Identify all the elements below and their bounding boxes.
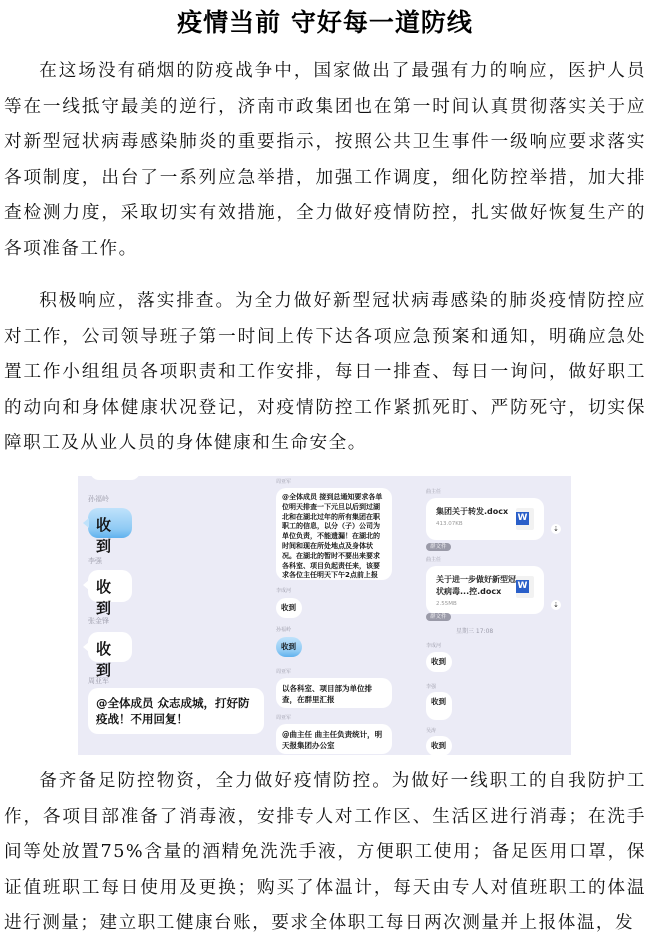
sender-name: 吴涛: [426, 727, 436, 734]
chat-bubble-text: 收到: [431, 697, 446, 706]
chat-bubble: @全体成员 众志成城，打好防疫战！不用回复！: [88, 688, 264, 734]
chat-column-right: 曲主任 集团关于转发.docx 413.07KB W ⇣ 群文件 曲主任 关于进…: [396, 476, 571, 755]
bubble-tail: [83, 580, 89, 590]
chat-screenshot-image: 孙福岭 收到 李强 收到 张金锋 收到 周亚军 @全体成员 众志成城，打好防疫战…: [78, 476, 571, 755]
sender-name: 李成河: [426, 642, 441, 649]
sender-name: 孙福岭: [88, 494, 109, 504]
chat-bubble: @曲主任 曲主任负责统计，明天报集团办公室: [276, 724, 392, 754]
chat-bubble-partial: [90, 476, 140, 480]
file-name: 集团关于转发.docx: [436, 506, 516, 518]
bubble-tail: [83, 518, 89, 528]
chat-bubble-text: 收到: [431, 657, 446, 666]
bubble-tail: [83, 642, 89, 652]
chat-bubble-text: @全体成员 接到总通知要求各单位明天排查一下元旦以后到过湖北和在湖北过年的所有集…: [282, 493, 382, 579]
sender-name: 李强: [88, 556, 102, 566]
sender-name: 李成河: [276, 587, 291, 594]
document-title: 疫情当前 守好每一道防线: [0, 6, 650, 40]
chat-bubble-text: @曲主任 曲主任负责统计，明天报集团办公室: [282, 730, 382, 750]
chat-timestamp: 星期三 17:08: [456, 626, 493, 635]
chat-bubble: 收到: [426, 692, 452, 720]
chat-bubble: 以各科室、项目部为单位排查，在群里汇报: [276, 678, 392, 708]
chat-bubble-text: 以各科室、项目部为单位排查，在群里汇报: [282, 684, 372, 704]
sender-name: 孙福岭: [276, 626, 291, 633]
sender-name: 曲主任: [426, 556, 441, 563]
paragraph-intro: 在这场没有硝烟的防疫战争中，国家做出了最强有力的响应，医护人员等在一线抵守最美的…: [4, 54, 646, 267]
chat-bubble-text: 收到: [96, 516, 111, 555]
sender-name: 李强: [426, 683, 436, 690]
chat-column-middle: 周亚军 @全体成员 接到总通知要求各单位明天排查一下元旦以后到过湖北和在湖北过年…: [266, 476, 396, 755]
chat-bubble: 收到: [276, 637, 302, 657]
word-icon: W: [516, 576, 534, 598]
file-card[interactable]: 关于进一步做好新型冠状病毒...控.docx 2.55MB W: [426, 566, 544, 614]
chat-bubble-text: 收到: [96, 640, 111, 679]
download-icon[interactable]: ⇣: [551, 524, 561, 534]
word-icon: W: [516, 508, 534, 530]
chat-column-left: 孙福岭 收到 李强 收到 张金锋 收到 周亚军 @全体成员 众志成城，打好防疫战…: [78, 476, 266, 755]
sender-name: 张金锋: [88, 616, 109, 626]
paragraph-response: 积极响应，落实排查。为全力做好新型冠状病毒感染的肺炎疫情防控应对工作，公司领导班…: [4, 284, 646, 462]
chat-bubble: 收到: [88, 570, 132, 602]
chat-bubble: 收到: [276, 598, 302, 618]
sender-name: 周亚军: [88, 676, 109, 686]
chat-bubble-text: @全体成员 众志成城，打好防疫战！不用回复！: [96, 696, 250, 726]
file-name: 关于进一步做好新型冠状病毒...控.docx: [436, 574, 516, 598]
file-badge: 群文件: [426, 543, 451, 551]
chat-bubble: 收到: [88, 632, 132, 662]
chat-bubble-text: 收到: [281, 603, 296, 612]
sender-name: 周亚军: [276, 714, 291, 721]
chat-bubble-text: 收到: [96, 578, 111, 617]
sender-name: 周亚军: [276, 668, 291, 675]
file-size: 2.55MB: [436, 601, 534, 607]
paragraph-supplies: 备齐备足防控物资，全力做好疫情防控。为做好一线职工的自我防护工作，各项目部准备了…: [4, 764, 646, 942]
chat-bubble-text: 收到: [281, 642, 296, 651]
chat-bubble: 收到: [426, 736, 452, 755]
sender-name: 曲主任: [426, 488, 441, 495]
file-card[interactable]: 集团关于转发.docx 413.07KB W: [426, 498, 544, 540]
file-badge: 群文件: [426, 613, 451, 621]
chat-bubble: 收到: [426, 652, 452, 672]
chat-bubble: 收到: [88, 508, 132, 538]
chat-bubble: @全体成员 接到总通知要求各单位明天排查一下元旦以后到过湖北和在湖北过年的所有集…: [276, 488, 392, 580]
sender-name: 周亚军: [276, 478, 291, 485]
download-icon[interactable]: ⇣: [551, 600, 561, 610]
chat-bubble-text: 收到: [431, 741, 446, 750]
